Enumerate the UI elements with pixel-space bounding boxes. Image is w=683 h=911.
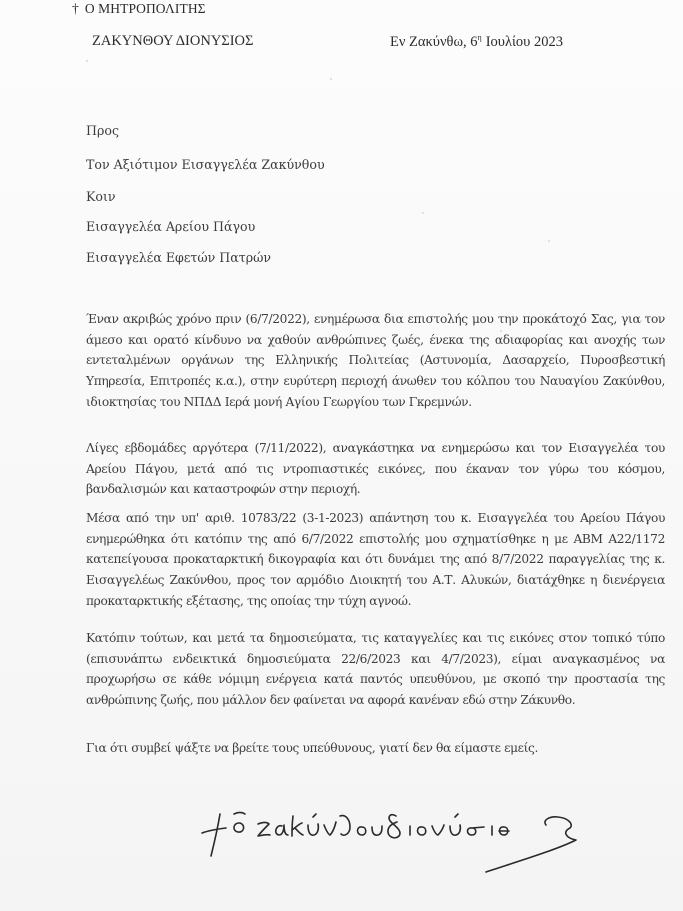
cross-icon: † bbox=[72, 1, 79, 16]
body-paragraph-5: Για ότι συμβεί ψάξτε να βρείτε τους υπεύ… bbox=[86, 738, 665, 759]
body-paragraph-2: Λίγες εβδομάδες αργότερα (7/11/2022), αν… bbox=[86, 438, 665, 500]
scan-speck bbox=[548, 240, 550, 242]
letterhead-title: †Ο ΜΗΤΡΟΠΟΛΙΤΗΣ bbox=[72, 1, 206, 17]
recipient-cc-2: Εισαγγελέα Εφετών Πατρών bbox=[86, 250, 271, 265]
recipient-cc-1: Εισαγγελέα Αρείου Πάγου bbox=[86, 219, 255, 234]
scan-speck bbox=[86, 60, 88, 62]
recipient-cc-label: Κοιν bbox=[86, 189, 116, 204]
scan-speck bbox=[422, 212, 424, 214]
body-paragraph-3: Μέσα από την υπ' αριθ. 10783/22 (3-1-202… bbox=[86, 508, 665, 612]
recipient-to: Τον Αξιότιμον Εισαγγελέα Ζακύνθου bbox=[86, 157, 325, 172]
date-suffix: Ιουλίου 2023 bbox=[486, 34, 563, 50]
scan-speck bbox=[500, 330, 502, 332]
letter-page: †Ο ΜΗΤΡΟΠΟΛΙΤΗΣ ΖΑΚΥΝΘΟΥ ΔΙΟΝΥΣΙΟΣ Εν Ζα… bbox=[0, 0, 683, 911]
signature-icon bbox=[196, 790, 616, 900]
scan-speck bbox=[330, 78, 332, 80]
date-superscript: η bbox=[478, 33, 482, 42]
letterhead-title-text: Ο ΜΗΤΡΟΠΟΛΙΤΗΣ bbox=[85, 1, 206, 16]
letterhead-name: ΖΑΚΥΝΘΟΥ ΔΙΟΝΥΣΙΟΣ bbox=[92, 33, 253, 50]
recipient-to-label: Προς bbox=[86, 123, 119, 138]
body-paragraph-4: Κατόπιν τούτων, και μετά τα δημοσιεύματα… bbox=[86, 628, 665, 711]
handwritten-signature bbox=[196, 790, 616, 900]
date-prefix: Εν Ζακύνθω, 6 bbox=[390, 34, 478, 50]
scan-speck bbox=[640, 320, 642, 322]
body-paragraph-1: Έναν ακριβώς χρόνο πριν (6/7/2022), ενημ… bbox=[86, 309, 665, 413]
letter-date: Εν Ζακύνθω, 6ηΙουλίου 2023 bbox=[390, 33, 563, 51]
